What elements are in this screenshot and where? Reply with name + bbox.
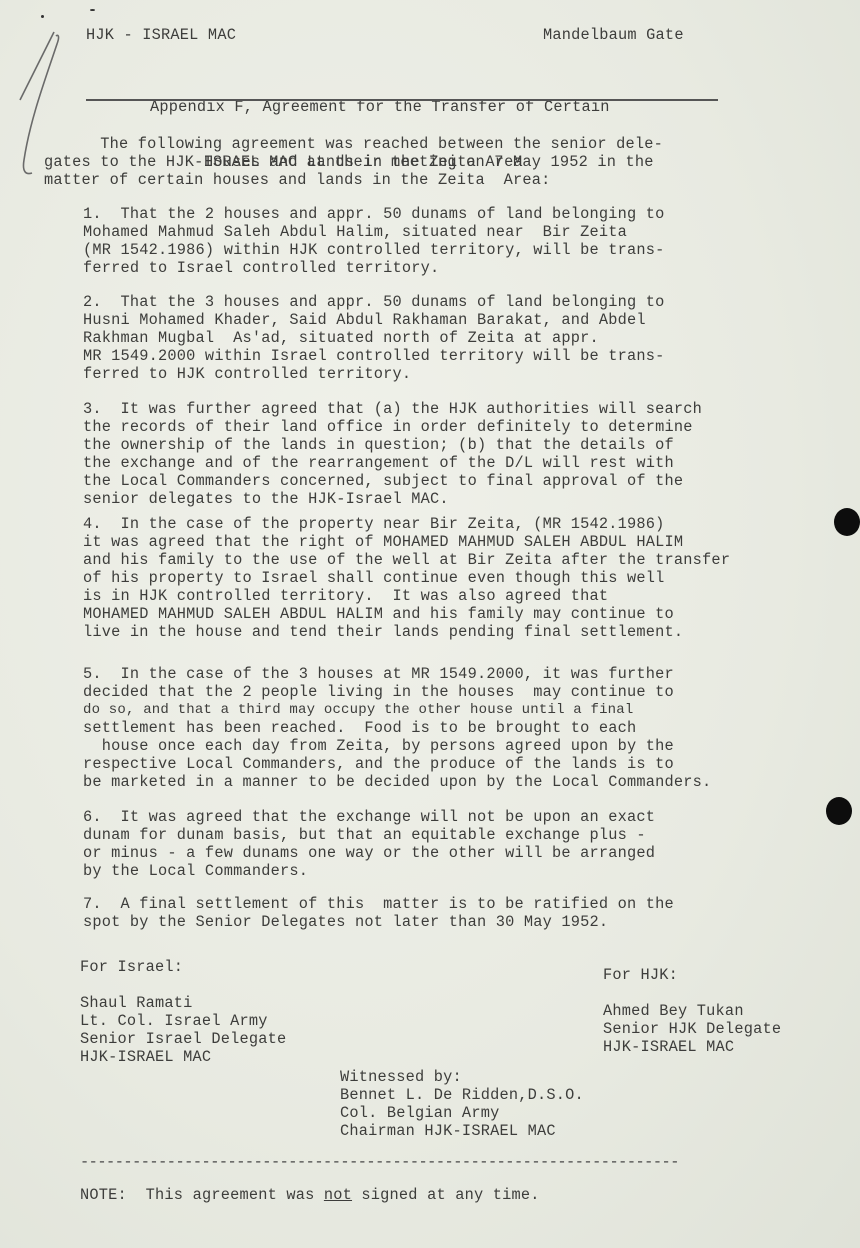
intro-line: The following agreement was reached betw… bbox=[44, 135, 663, 153]
clause-line: 6. It was agreed that the exchange will … bbox=[83, 808, 655, 826]
clause-line: the Local Commanders concerned, subject … bbox=[83, 472, 702, 490]
clause-line: 3. It was further agreed that (a) the HJ… bbox=[83, 400, 702, 418]
clause-line: the ownership of the lands in question; … bbox=[83, 436, 702, 454]
clause-line: 2. That the 3 houses and appr. 50 dunams… bbox=[83, 293, 665, 311]
signature-block-israel: For Israel: Shaul Ramati Lt. Col. Israel… bbox=[80, 958, 286, 1066]
note-emphasis: not bbox=[324, 1186, 352, 1204]
signatory-body: HJK-ISRAEL MAC bbox=[80, 1048, 286, 1066]
clause-line: ferred to HJK controlled territory. bbox=[83, 365, 665, 383]
intro-paragraph: The following agreement was reached betw… bbox=[44, 135, 663, 189]
clause-4: 4. In the case of the property near Bir … bbox=[83, 515, 730, 641]
clause-7: 7. A final settlement of this matter is … bbox=[83, 895, 674, 931]
signature-block-hjk: For HJK: Ahmed Bey Tukan Senior HJK Dele… bbox=[603, 966, 781, 1056]
intro-line: matter of certain houses and lands in th… bbox=[44, 171, 663, 189]
title-underline bbox=[86, 99, 718, 101]
signatory-role: Senior HJK Delegate bbox=[603, 1020, 781, 1038]
clause-1: 1. That the 2 houses and appr. 50 dunams… bbox=[83, 205, 665, 277]
clause-line: dunam for dunam basis, but that an equit… bbox=[83, 826, 655, 844]
clause-line: decided that the 2 people living in the … bbox=[83, 683, 711, 701]
footnote: NOTE: This agreement was not signed at a… bbox=[80, 1186, 540, 1204]
clause-line: 5. In the case of the 3 houses at MR 154… bbox=[83, 665, 711, 683]
clause-line: MOHAMED MAHMUD SALEH ABDUL HALIM and his… bbox=[83, 605, 730, 623]
ink-speck bbox=[90, 9, 95, 11]
dashed-separator: ----------------------------------------… bbox=[80, 1153, 679, 1171]
clause-line: respective Local Commanders, and the pro… bbox=[83, 755, 711, 773]
clause-line: is in HJK controlled territory. It was a… bbox=[83, 587, 730, 605]
clause-2: 2. That the 3 houses and appr. 50 dunams… bbox=[83, 293, 665, 383]
clause-line: Mohamed Mahmud Saleh Abdul Halim, situat… bbox=[83, 223, 665, 241]
clause-line: (MR 1542.1986) within HJK controlled ter… bbox=[83, 241, 665, 259]
intro-line: gates to the HJK-ISRAEL MAC at their mee… bbox=[44, 153, 663, 171]
clause-line: and his family to the use of the well at… bbox=[83, 551, 730, 569]
signatory-rank: Lt. Col. Israel Army bbox=[80, 1012, 286, 1030]
clause-3: 3. It was further agreed that (a) the HJ… bbox=[83, 400, 702, 508]
header-location: Mandelbaum Gate bbox=[543, 26, 684, 44]
header-organization: HJK - ISRAEL MAC bbox=[86, 26, 236, 44]
note-text-before: This agreement was bbox=[127, 1186, 324, 1204]
witness-heading: Witnessed by: bbox=[340, 1068, 584, 1086]
note-label: NOTE: bbox=[80, 1186, 127, 1204]
signature-heading: For Israel: bbox=[80, 958, 286, 976]
clause-line: it was agreed that the right of MOHAMED … bbox=[83, 533, 730, 551]
clause-line: settlement has been reached. Food is to … bbox=[83, 719, 711, 737]
witness-rank: Col. Belgian Army bbox=[340, 1104, 584, 1122]
signatory-role: Senior Israel Delegate bbox=[80, 1030, 286, 1048]
clause-line: Husni Mohamed Khader, Said Abdul Rakhama… bbox=[83, 311, 665, 329]
clause-line: 7. A final settlement of this matter is … bbox=[83, 895, 674, 913]
clause-line: by the Local Commanders. bbox=[83, 862, 655, 880]
clause-line: or minus - a few dunams one way or the o… bbox=[83, 844, 655, 862]
witness-role: Chairman HJK-ISRAEL MAC bbox=[340, 1122, 584, 1140]
clause-line: be marketed in a manner to be decided up… bbox=[83, 773, 711, 791]
clause-6: 6. It was agreed that the exchange will … bbox=[83, 808, 655, 880]
clause-line: spot by the Senior Delegates not later t… bbox=[83, 913, 674, 931]
clause-5: 5. In the case of the 3 houses at MR 154… bbox=[83, 665, 711, 791]
clause-line: MR 1549.2000 within Israel controlled te… bbox=[83, 347, 665, 365]
clause-line: 4. In the case of the property near Bir … bbox=[83, 515, 730, 533]
signature-heading: For HJK: bbox=[603, 966, 781, 984]
signatory-body: HJK-ISRAEL MAC bbox=[603, 1038, 781, 1056]
clause-line: do so, and that a third may occupy the o… bbox=[83, 701, 711, 719]
clause-line: house once each day from Zeita, by perso… bbox=[83, 737, 711, 755]
clause-line: senior delegates to the HJK-Israel MAC. bbox=[83, 490, 702, 508]
clause-line: live in the house and tend their lands p… bbox=[83, 623, 730, 641]
clause-line: Rakhman Mugbal As'ad, situated north of … bbox=[83, 329, 665, 347]
signatory-name: Ahmed Bey Tukan bbox=[603, 1002, 781, 1020]
note-text-after: signed at any time. bbox=[352, 1186, 540, 1204]
signatory-name: Shaul Ramati bbox=[80, 994, 286, 1012]
witness-name: Bennet L. De Ridden,D.S.O. bbox=[340, 1086, 584, 1104]
document-page: HJK - ISRAEL MAC Mandelbaum Gate Appendi… bbox=[0, 0, 860, 1248]
clause-line: the records of their land office in orde… bbox=[83, 418, 702, 436]
clause-line: of his property to Israel shall continue… bbox=[83, 569, 730, 587]
punch-hole bbox=[834, 508, 860, 536]
clause-line: ferred to Israel controlled territory. bbox=[83, 259, 665, 277]
signature-block-witness: Witnessed by: Bennet L. De Ridden,D.S.O.… bbox=[340, 1068, 584, 1140]
clause-line: the exchange and of the rearrangement of… bbox=[83, 454, 702, 472]
clause-line: 1. That the 2 houses and appr. 50 dunams… bbox=[83, 205, 665, 223]
ink-speck bbox=[41, 15, 44, 18]
punch-hole bbox=[826, 797, 852, 825]
